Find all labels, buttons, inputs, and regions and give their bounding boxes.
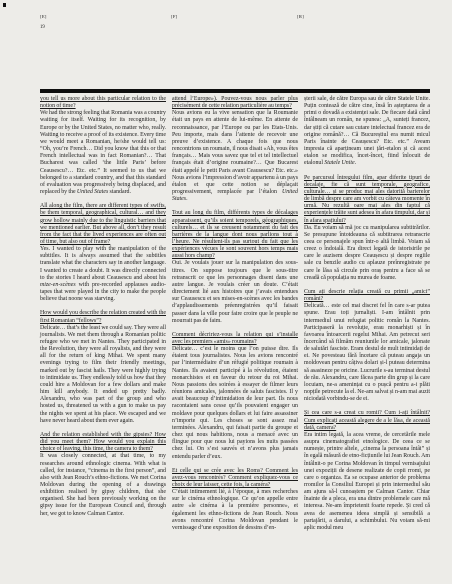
interview-answer: Nous avions eu la vive sensation que la … [172, 110, 298, 203]
interview-answer: Delicate… that’s the least we could say.… [40, 325, 166, 425]
interview-answer: Era intim legată, la acea vreme, de cerc… [304, 432, 430, 532]
page-number: 19 [40, 25, 45, 30]
interview-question: attend l’Europe»). Pouvez-vous nous parl… [172, 96, 298, 110]
column-marker-french: [F] [171, 14, 178, 19]
column-romanian: șterii sale, de către Europa sau de cătr… [304, 96, 430, 532]
interview-answer: șterii sale, de către Europa sau de cătr… [304, 96, 430, 168]
interview-question: you tell us more about this particular r… [40, 96, 166, 110]
interview-answer: C’était intimement lié, à l’époque, à me… [172, 489, 298, 532]
interview-question: Pe parcursul întregului film, apar difer… [304, 175, 430, 225]
interview-question: And the relation established with the gi… [40, 432, 166, 453]
interview-question: Tout au long du film, différents types d… [172, 210, 298, 260]
interview-answer: Délicate… c’est le moins que l’on puisse… [172, 346, 298, 461]
interview-question: All along the film, there are different … [40, 203, 166, 246]
column-marker-romanian: [R] [297, 14, 304, 19]
magazine-page: { "page": { "background_color": "#edece8… [0, 0, 452, 584]
column-marker-english: [E] [40, 14, 47, 19]
interview-question: Și cea care s-a creat cu romii? Cum i-aț… [304, 410, 430, 431]
scan-artifact [3, 3, 6, 7]
interview-question: Cum ați descrie relația creată cu primii… [304, 289, 430, 303]
column-french: attend l’Europe»). Pouvez-vous nous parl… [172, 96, 298, 532]
interview-answer: Da. Eu voiam să mă joc cu manipularea su… [304, 225, 430, 282]
interview-question: Comment décririez-vous la relation qui s… [172, 332, 298, 346]
interview-question: Et celle qui se crée avec les Roms? Comm… [172, 468, 298, 489]
interview-answer: It was closely connected, at that time, … [40, 453, 166, 517]
interview-question: How would you describe the relation crea… [40, 310, 166, 324]
interview-answer: Yes. I wanted to play with the manipulat… [40, 246, 166, 303]
interview-answer: Delicată… este cel mai discret fel în ca… [304, 303, 430, 403]
top-rule [40, 89, 430, 93]
interview-answer: We had the strong feeling that Romania w… [40, 110, 166, 196]
text-columns: you tell us more about this particular r… [40, 96, 430, 532]
interview-answer: Oui. Je voulais jouer sur la manipulatio… [172, 260, 298, 324]
column-english: you tell us more about this particular r… [40, 96, 166, 532]
